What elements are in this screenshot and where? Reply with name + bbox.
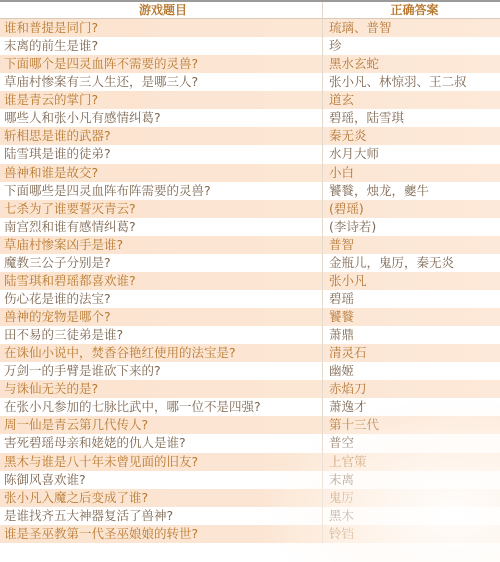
question-cell: 下面哪个是四灵血阵不需要的灵兽? (0, 55, 322, 73)
table-row: 害死碧瑶母亲和姥姥的仇人是谁?普空 (0, 434, 500, 452)
answer-cell: 琉璃、普智 (322, 19, 500, 37)
question-cell: 陆雪琪和碧瑶都喜欢谁? (0, 272, 322, 290)
answer-cell: 饕餮 (322, 308, 500, 326)
question-cell: 末离的前生是谁? (0, 37, 322, 55)
question-cell: 下面哪些是四灵血阵布阵需要的灵兽? (0, 182, 322, 200)
table-row: 兽神和谁是故交?小白 (0, 164, 500, 182)
question-cell: 周一仙是青云第几代传人? (0, 416, 322, 434)
table-row: 周一仙是青云第几代传人?第十三代 (0, 416, 500, 434)
table-row: 谁是青云的掌门?道玄 (0, 91, 500, 109)
answer-cell: 张小凡、林惊羽、王二叔 (322, 73, 500, 91)
table-row: 草庙村惨案有三人生还，是哪三人?张小凡、林惊羽、王二叔 (0, 73, 500, 91)
table-row: 张小凡入魔之后变成了谁?鬼厉 (0, 489, 500, 507)
table-row: 斩相思是谁的武器?秦无炎 (0, 127, 500, 145)
table-row: 谁和普提是同门?琉璃、普智 (0, 19, 500, 37)
table-row: 是谁找齐五大神器复活了兽神?黑木 (0, 507, 500, 525)
table-header: 游戏题目 正确答案 (0, 0, 500, 19)
answer-cell: 清灵石 (322, 344, 500, 362)
answer-cell: 水月大师 (322, 145, 500, 163)
question-cell: 南宫烈和谁有感情纠葛? (0, 218, 322, 236)
answer-cell: 铃铛 (322, 525, 500, 543)
question-cell: 与诛仙无关的是? (0, 380, 322, 398)
answer-cell: 黑水玄蛇 (322, 55, 500, 73)
header-answer: 正确答案 (322, 2, 500, 18)
question-cell: 谁和普提是同门? (0, 19, 322, 37)
table-row: 伤心花是谁的法宝?碧瑶 (0, 290, 500, 308)
answer-cell: 张小凡 (322, 272, 500, 290)
answer-cell: (李诗若) (322, 218, 500, 236)
table-row: 魔教三公子分别是?金瓶儿，鬼厉，秦无炎 (0, 254, 500, 272)
question-cell: 哪些人和张小凡有感情纠葛? (0, 109, 322, 127)
question-cell: 兽神的宠物是哪个? (0, 308, 322, 326)
answer-cell: 金瓶儿，鬼厉，秦无炎 (322, 254, 500, 272)
question-cell: 谁是青云的掌门? (0, 91, 322, 109)
table-row: 与诛仙无关的是?赤焰刀 (0, 380, 500, 398)
table-row: 田不易的三徒弟是谁?萧鼎 (0, 326, 500, 344)
header-question: 游戏题目 (0, 2, 322, 18)
table-row: 陆雪琪是谁的徒弟?水月大师 (0, 145, 500, 163)
table-row: 在诛仙小说中，焚香谷艳红使用的法宝是?清灵石 (0, 344, 500, 362)
question-cell: 陈御风喜欢谁? (0, 471, 322, 489)
answer-cell: 上官策 (322, 453, 500, 471)
table-row: 草庙村惨案凶手是谁?普智 (0, 236, 500, 254)
question-cell: 魔教三公子分别是? (0, 254, 322, 272)
answer-cell: 萧逸才 (322, 398, 500, 416)
table-row: 下面哪个是四灵血阵不需要的灵兽?黑水玄蛇 (0, 55, 500, 73)
answer-cell: 黑木 (322, 507, 500, 525)
question-cell: 是谁找齐五大神器复活了兽神? (0, 507, 322, 525)
question-cell: 田不易的三徒弟是谁? (0, 326, 322, 344)
question-cell: 陆雪琪是谁的徒弟? (0, 145, 322, 163)
table-body: 谁和普提是同门?琉璃、普智末离的前生是谁?珍下面哪个是四灵血阵不需要的灵兽?黑水… (0, 19, 500, 543)
answer-cell: (碧瑶) (322, 200, 500, 218)
quiz-answer-table: 游戏题目 正确答案 谁和普提是同门?琉璃、普智末离的前生是谁?珍下面哪个是四灵血… (0, 0, 500, 543)
answer-cell: 幽姬 (322, 362, 500, 380)
table-row: 七杀为了谁要誓灭青云?(碧瑶) (0, 200, 500, 218)
table-row: 万剑一的手臂是谁砍下来的?幽姬 (0, 362, 500, 380)
question-cell: 谁是圣巫教第一代圣巫娘娘的转世? (0, 525, 322, 543)
answer-cell: 小白 (322, 164, 500, 182)
table-row: 在张小凡参加的七脉比武中，哪一位不是四强?萧逸才 (0, 398, 500, 416)
answer-cell: 饕餮，烛龙，夔牛 (322, 182, 500, 200)
question-cell: 草庙村惨案有三人生还，是哪三人? (0, 73, 322, 91)
answer-cell: 普空 (322, 434, 500, 452)
answer-cell: 道玄 (322, 91, 500, 109)
answer-cell: 鬼厉 (322, 489, 500, 507)
table-row: 黑木与谁是八十年未曾见面的旧友?上官策 (0, 453, 500, 471)
question-cell: 伤心花是谁的法宝? (0, 290, 322, 308)
question-cell: 兽神和谁是故交? (0, 164, 322, 182)
question-cell: 害死碧瑶母亲和姥姥的仇人是谁? (0, 434, 322, 452)
answer-cell: 第十三代 (322, 416, 500, 434)
answer-cell: 末离 (322, 471, 500, 489)
question-cell: 在张小凡参加的七脉比武中，哪一位不是四强? (0, 398, 322, 416)
table-row: 兽神的宠物是哪个?饕餮 (0, 308, 500, 326)
answer-cell: 碧瑶 (322, 290, 500, 308)
answer-cell: 珍 (322, 37, 500, 55)
table-row: 南宫烈和谁有感情纠葛?(李诗若) (0, 218, 500, 236)
question-cell: 草庙村惨案凶手是谁? (0, 236, 322, 254)
question-cell: 在诛仙小说中，焚香谷艳红使用的法宝是? (0, 344, 322, 362)
table-row: 哪些人和张小凡有感情纠葛?碧瑶，陆雪琪 (0, 109, 500, 127)
answer-cell: 赤焰刀 (322, 380, 500, 398)
answer-cell: 萧鼎 (322, 326, 500, 344)
question-cell: 七杀为了谁要誓灭青云? (0, 200, 322, 218)
question-cell: 黑木与谁是八十年未曾见面的旧友? (0, 453, 322, 471)
table-row: 谁是圣巫教第一代圣巫娘娘的转世?铃铛 (0, 525, 500, 543)
table-row: 下面哪些是四灵血阵布阵需要的灵兽?饕餮，烛龙，夔牛 (0, 182, 500, 200)
question-cell: 万剑一的手臂是谁砍下来的? (0, 362, 322, 380)
question-cell: 斩相思是谁的武器? (0, 127, 322, 145)
answer-cell: 碧瑶，陆雪琪 (322, 109, 500, 127)
table-row: 陆雪琪和碧瑶都喜欢谁?张小凡 (0, 272, 500, 290)
question-cell: 张小凡入魔之后变成了谁? (0, 489, 322, 507)
answer-cell: 普智 (322, 236, 500, 254)
table-row: 陈御风喜欢谁?末离 (0, 471, 500, 489)
table-row: 末离的前生是谁?珍 (0, 37, 500, 55)
answer-cell: 秦无炎 (322, 127, 500, 145)
